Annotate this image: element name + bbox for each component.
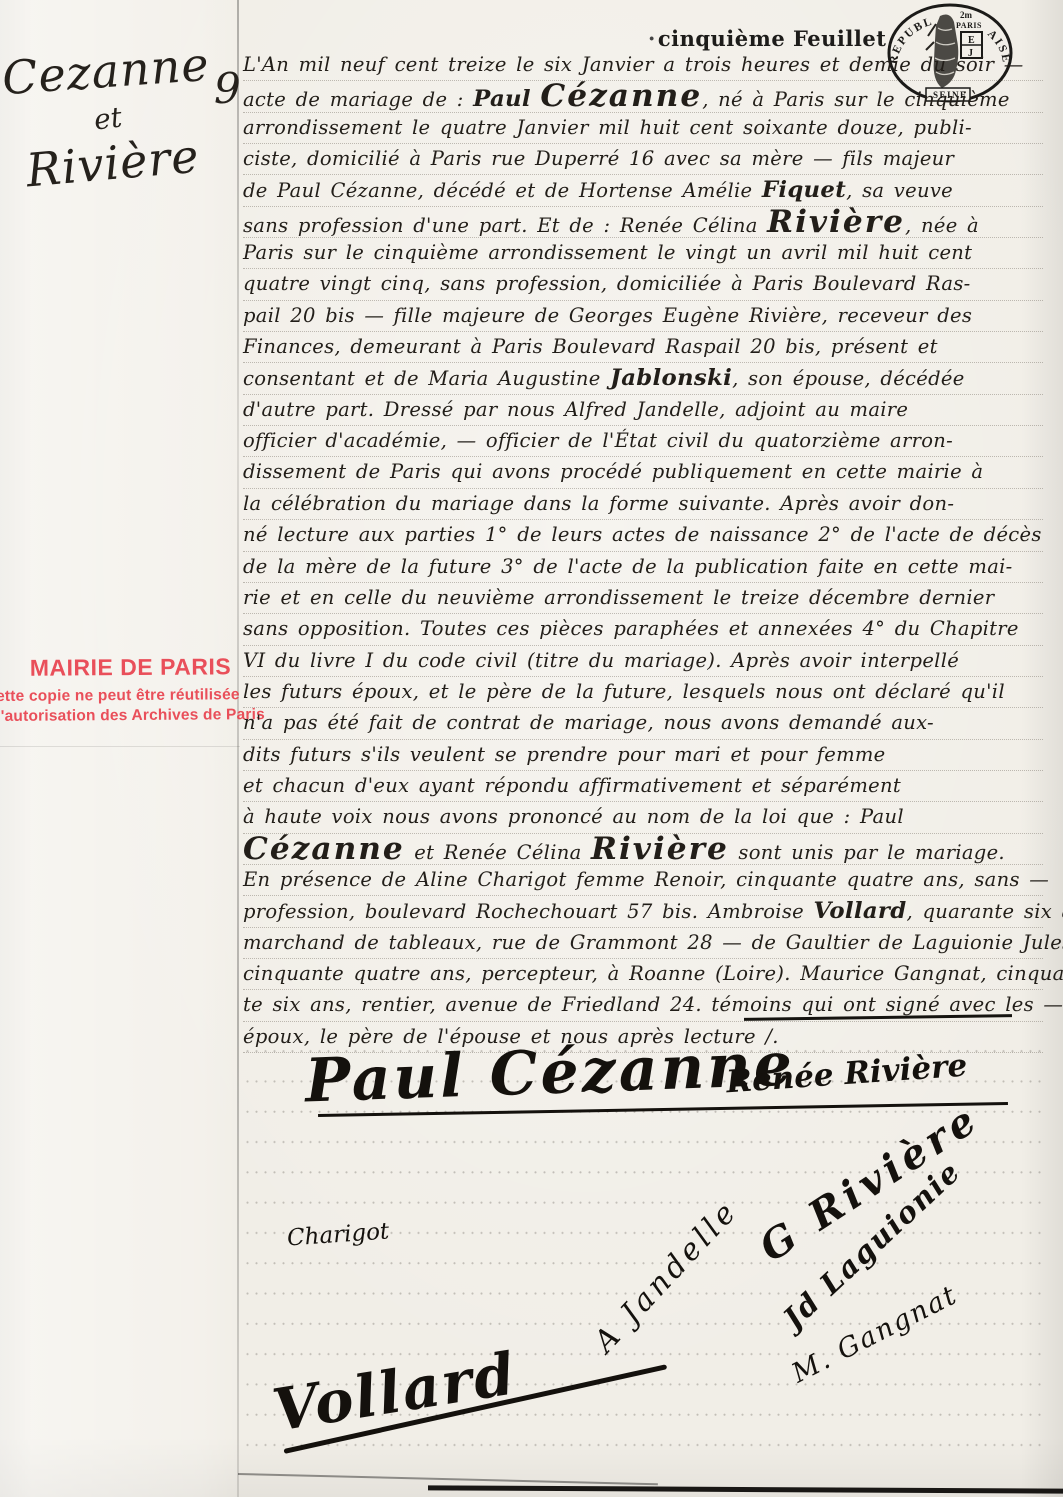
- feuillet-header: cinquième Feuillet: [648, 26, 886, 51]
- body-line: n'a pas été fait de contrat de mariage, …: [243, 708, 1043, 739]
- body-line: officier d'académie, — officier de l'Éta…: [243, 426, 1043, 457]
- body-line: Finances, demeurant à Paris Boulevard Ra…: [243, 332, 1043, 363]
- horizontal-crease-line: [0, 746, 240, 747]
- margin-note-connector: et: [92, 100, 124, 136]
- body-line: arrondissement le quatre Janvier mil hui…: [243, 113, 1043, 144]
- body-line: En présence de Aline Charigot femme Reno…: [243, 865, 1043, 896]
- body-line: de la mère de la future 3° de l'acte de …: [243, 552, 1043, 583]
- archives-stamp-title: MAIRIE DE PARIS: [30, 653, 265, 682]
- body-line: cinquante quatre ans, percepteur, à Roan…: [243, 959, 1043, 990]
- body-line: ciste, domicilié à Paris rue Duperré 16 …: [243, 144, 1043, 175]
- body-line: consentant et de Maria Augustine Jablons…: [243, 363, 1043, 394]
- body-line: la célébration du mariage dans la forme …: [243, 489, 1043, 520]
- body-line: dits futurs s'ils veulent se prendre pou…: [243, 740, 1043, 771]
- margin-note-bride-name: Rivière: [24, 129, 202, 198]
- body-line: sans profession d'une part. Et de : René…: [243, 207, 1043, 238]
- body-line: d'autre part. Dressé par nous Alfred Jan…: [243, 395, 1043, 426]
- act-body: L'An mil neuf cent treize le six Janvier…: [243, 50, 1043, 1053]
- archives-stamp-notice-line2: l'autorisation des Archives de Paris: [0, 706, 265, 726]
- seal-inner-top-text: 2m: [960, 10, 973, 20]
- body-line: à haute voix nous avons prononcé au nom …: [243, 802, 1043, 833]
- body-line: quatre vingt cinq, sans profession, domi…: [243, 269, 1043, 300]
- body-line: les futurs époux, et le père de la futur…: [243, 677, 1043, 708]
- body-line: marchand de tableaux, rue de Grammont 28…: [243, 928, 1043, 959]
- body-line: rie et en celle du neuvième arrondisseme…: [243, 583, 1043, 614]
- margin-note-groom-name: Cezanne: [0, 37, 211, 105]
- archives-stamp-notice-line1: ette copie ne peut être réutilisée: [0, 686, 265, 706]
- body-line: dissement de Paris qui avons procédé pub…: [243, 457, 1043, 488]
- document-page: Cezanne et Rivière 9 cinquième Feuillet …: [0, 0, 1063, 1497]
- body-line: L'An mil neuf cent treize le six Janvier…: [243, 50, 1043, 81]
- body-line: Paris sur le cinquième arrondissement le…: [243, 238, 1043, 269]
- seal-box-top-letter: E: [968, 35, 975, 46]
- archives-stamp: MAIRIE DE PARIS ette copie ne peut être …: [0, 653, 265, 726]
- act-number: 9: [214, 64, 241, 113]
- scan-bottom-edge-line: [428, 1485, 1063, 1493]
- body-line: acte de mariage de : Paul Cézanne, né à …: [243, 81, 1043, 112]
- seal-city-text: PARIS: [956, 21, 982, 30]
- body-line: sans opposition. Toutes ces pièces parap…: [243, 614, 1043, 645]
- scan-bottom-thin-line: [238, 1473, 658, 1485]
- body-line: de Paul Cézanne, décédé et de Hortense A…: [243, 175, 1043, 206]
- body-line: Cézanne et Renée Célina Rivière sont uni…: [243, 834, 1043, 865]
- fold-crease-line: [237, 0, 239, 1497]
- body-line: pail 20 bis — fille majeure de Georges E…: [243, 301, 1043, 332]
- body-line: VI du livre I du code civil (titre du ma…: [243, 646, 1043, 677]
- body-line: profession, boulevard Rochechouart 57 bi…: [243, 896, 1043, 927]
- body-line: né lecture aux parties 1° de leurs actes…: [243, 520, 1043, 551]
- body-line: et chacun d'eux ayant répondu affirmativ…: [243, 771, 1043, 802]
